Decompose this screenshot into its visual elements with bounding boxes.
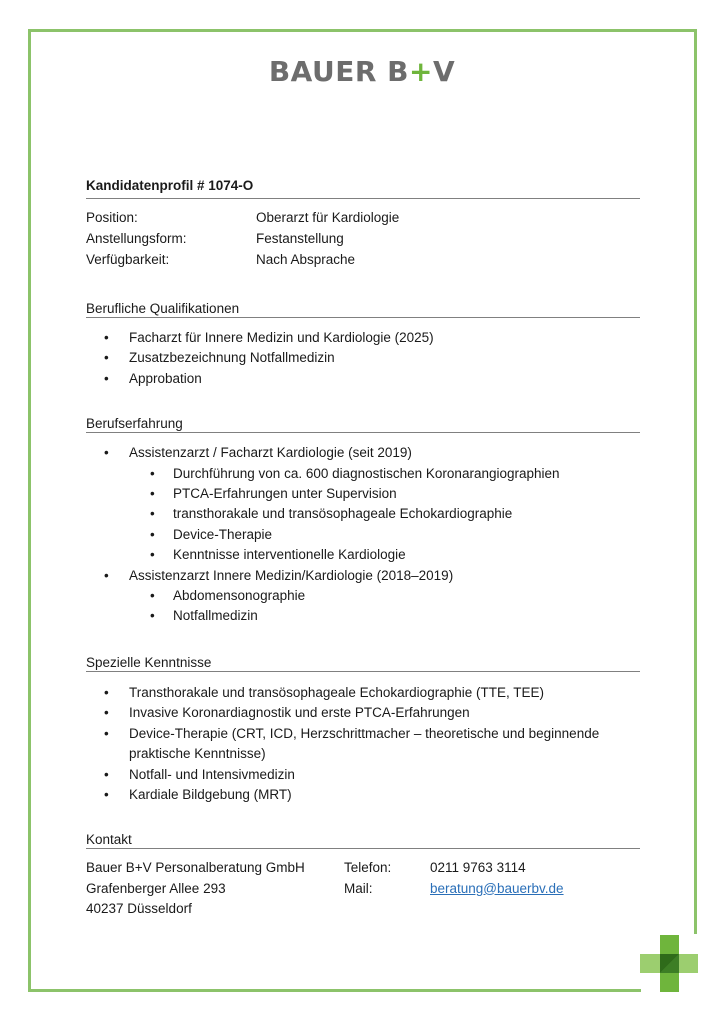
document-body: Kandidatenprofil # 1074-O Position:Obera… <box>86 178 640 920</box>
street: Grafenberger Allee 293 <box>86 879 344 899</box>
field-value: Oberarzt für Kardiologie <box>256 210 399 225</box>
list-item: Approbation <box>86 369 640 389</box>
profile-fields: Position:Oberarzt für KardiologieAnstell… <box>86 207 640 270</box>
experience-sublist: Durchführung von ca. 600 diagnostischen … <box>129 464 640 566</box>
city: 40237 Düsseldorf <box>86 899 344 919</box>
experience-title: Assistenzarzt Innere Medizin/Kardiologie… <box>129 568 453 583</box>
mail-label: Mail: <box>344 879 430 899</box>
field-label: Anstellungsform: <box>86 231 256 246</box>
phone-label: Telefon: <box>344 858 430 878</box>
profile-field-row: Anstellungsform:Festanstellung <box>86 228 640 249</box>
list-item: Notfallmedizin <box>86 606 640 626</box>
logo-text-left: BAUER B <box>269 55 409 88</box>
field-value: Nach Absprache <box>256 252 355 267</box>
profile-field-row: Verfügbarkeit:Nach Absprache <box>86 249 640 270</box>
list-item: Device-Therapie <box>86 525 640 545</box>
list-item: Abdomensonographie <box>86 586 640 606</box>
experience-list: Assistenzarzt / Facharzt Kardiologie (se… <box>86 443 640 627</box>
cross-center <box>660 954 679 973</box>
phone-number: 0211 9763 3114 <box>430 858 564 878</box>
skills-heading: Spezielle Kenntnisse <box>86 650 640 671</box>
company-name: Bauer B+V Personalberatung GmbH <box>86 858 344 878</box>
page-frame-bottom <box>28 989 641 992</box>
company-logo: BAUER B+V <box>0 55 724 88</box>
page-frame-top <box>28 29 697 32</box>
list-item: PTCA-Erfahrungen unter Supervision <box>86 484 640 504</box>
list-item: Transthorakale und transösophageale Echo… <box>86 683 640 703</box>
list-item: Notfall- und Intensivmedizin <box>86 765 640 785</box>
list-item: Durchführung von ca. 600 diagnostischen … <box>86 464 640 484</box>
qualifications-list: Facharzt für Innere Medizin und Kardiolo… <box>86 328 640 389</box>
experience-heading: Berufserfahrung <box>86 411 640 432</box>
contact-heading: Kontakt <box>86 827 640 848</box>
experience-sublist: AbdomensonographieNotfallmedizin <box>129 586 640 627</box>
list-item: Zusatzbezeichnung Notfallmedizin <box>86 348 640 368</box>
list-item: Kardiale Bildgebung (MRT) <box>86 785 640 805</box>
page-frame-right <box>694 29 697 934</box>
field-label: Verfügbarkeit: <box>86 252 256 267</box>
experience-title: Assistenzarzt / Facharzt Kardiologie (se… <box>129 445 412 460</box>
mail-link[interactable]: beratung@bauerbv.de <box>430 881 564 896</box>
skills-list: Transthorakale und transösophageale Echo… <box>86 683 640 805</box>
page-frame-left <box>28 29 31 992</box>
field-label: Position: <box>86 210 256 225</box>
contact-labels: Telefon: Mail: <box>344 858 430 919</box>
contact-address: Bauer B+V Personalberatung GmbH Grafenbe… <box>86 858 344 919</box>
list-item: Device-Therapie (CRT, ICD, Herzschrittma… <box>86 724 640 765</box>
logo-plus-icon: + <box>409 55 433 88</box>
list-item: Kenntnisse interventionelle Kardiologie <box>86 545 640 565</box>
field-value: Festanstellung <box>256 231 344 246</box>
list-item: Invasive Koronardiagnostik und erste PTC… <box>86 703 640 723</box>
list-item: transthorakale und transösophageale Echo… <box>86 504 640 524</box>
experience-item: Assistenzarzt Innere Medizin/Kardiologie… <box>86 566 640 627</box>
experience-item: Assistenzarzt / Facharzt Kardiologie (se… <box>86 443 640 565</box>
profile-title: Kandidatenprofil # 1074-O <box>86 178 640 198</box>
qualifications-heading: Berufliche Qualifikationen <box>86 296 640 317</box>
logo-text-right: V <box>433 55 455 88</box>
list-item: Facharzt für Innere Medizin und Kardiolo… <box>86 328 640 348</box>
profile-field-row: Position:Oberarzt für Kardiologie <box>86 207 640 228</box>
divider <box>86 848 640 849</box>
contact-block: Bauer B+V Personalberatung GmbH Grafenbe… <box>86 858 640 919</box>
contact-values: 0211 9763 3114 beratung@bauerbv.de <box>430 858 564 919</box>
